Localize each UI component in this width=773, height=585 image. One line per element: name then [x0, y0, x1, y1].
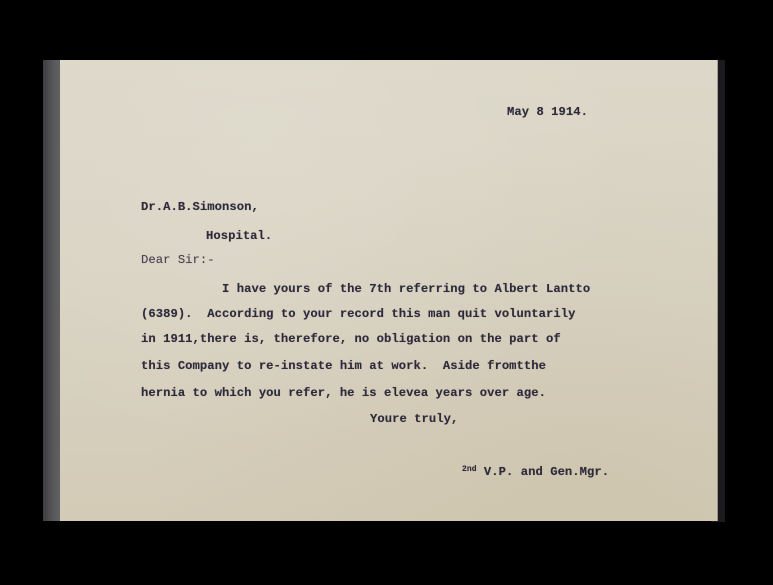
- recipient-name: Dr.A.B.Simonson,: [141, 200, 259, 214]
- body-line-2: (6389). According to your record this ma…: [141, 307, 575, 321]
- letter-date: May 8 1914.: [507, 105, 588, 119]
- body-line-3: in 1911,there is, therefore, no obligati…: [141, 332, 561, 346]
- salutation: Dear Sir:-: [141, 253, 215, 267]
- signature-ordinal-suffix: nd: [467, 465, 477, 474]
- closing: Youre truly,: [370, 412, 458, 426]
- body-line-5: hernia to which you refer, he is elevea …: [141, 386, 546, 400]
- signature-title-text: V.P. and Gen.Mgr.: [477, 465, 610, 479]
- body-line-4: this Company to re-instate him at work. …: [141, 359, 546, 373]
- letter-paper: May 8 1914. Dr.A.B.Simonson, Hospital. D…: [60, 60, 718, 521]
- body-line-1: I have yours of the 7th referring to Alb…: [222, 282, 590, 296]
- signature-title: 2nd V.P. and Gen.Mgr.: [462, 465, 609, 479]
- scan-left-edge-shadow: [43, 60, 61, 521]
- recipient-institution: Hospital.: [206, 229, 272, 243]
